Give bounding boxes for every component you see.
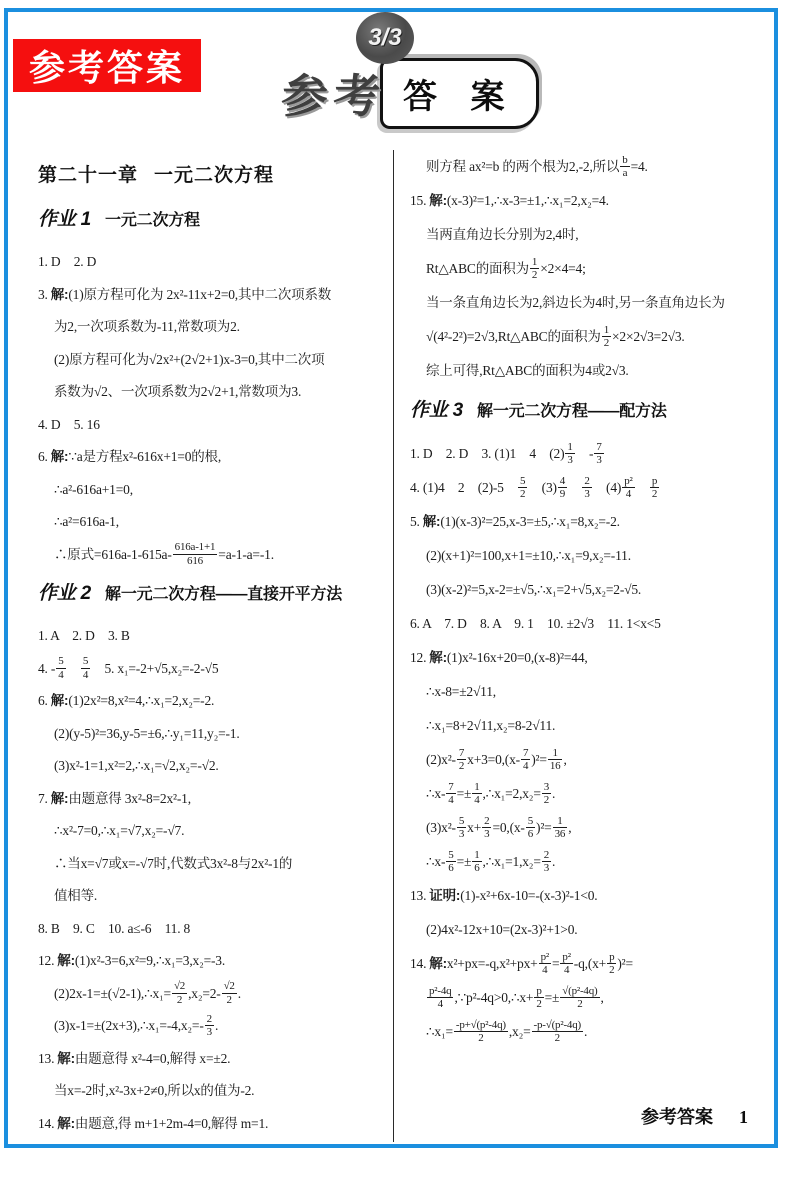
answer-line: 为2,一次项系数为-11,常数项为2. (38, 311, 390, 344)
section-heading: 作业 2解一元二次方程——直接开平方法 (38, 579, 390, 610)
answer-line: 则方程 ax²=b 的两个根为2,-2,所以ba=4. (410, 150, 768, 184)
answer-line: ∴a²-616a+1=0, (38, 474, 390, 507)
answer-line: 15.解:(x-3)²=1,∴x-3=±1,∴x₁=2,x₂=4. (410, 184, 768, 218)
answer-line: (3)x²-1=1,x²=2,∴x₁=√2,x₂=-√2. (38, 750, 390, 783)
fraction: 49 (558, 475, 567, 501)
answer-line: 13.证明:(1)-x²+6x-10=-(x-3)²-1<0. (410, 879, 768, 913)
answer-line: 当两直角边长分别为2,4时, (410, 218, 768, 252)
answer-line: 6.解:(1)2x²=8,x²=4,∴x₁=2,x₂=-2. (38, 685, 390, 718)
answer-line: Rt△ABC的面积为12×2×4=4; (410, 252, 768, 286)
fraction: 616a-1+1616 (173, 541, 218, 567)
fraction: √22 (172, 980, 187, 1006)
fraction: 23 (582, 475, 591, 501)
fraction: 12 (602, 324, 611, 350)
fraction: 56 (446, 849, 455, 875)
title-logo-box-text: 答 案 (380, 58, 539, 129)
answer-line: (2)(x+1)²=100,x+1=±10,∴x₁=9,x₂=-11. (410, 539, 768, 573)
answer-line: ∴原式=616a-1-615a-616a-1+1616=a-1-a=-1. (38, 539, 390, 572)
answer-line: (2)2x-1=±(√2-1),∴x₁=√22,x₂=2-√22. (38, 978, 390, 1011)
answer-line: 综上可得,Rt△ABC的面积为4或2√3. (410, 354, 768, 388)
answer-line: ∴x₁=-p+√(p²-4q)2,x₂=-p-√(p²-4q)2. (410, 1015, 768, 1049)
answer-line: 值相等. (38, 880, 390, 913)
answer-line: 8. B 9. C 10. a≤-6 11. 8 (38, 913, 390, 946)
title-logo: 参考 答 案 (282, 60, 539, 126)
answer-page: 参考答案 3/3 参考 答 案 第二十一章一元二次方程作业 1一元二次方程1. … (0, 0, 790, 1177)
answer-line: 1. A 2. D 3. B (38, 620, 390, 653)
right-column: 则方程 ax²=b 的两个根为2,-2,所以ba=4.15.解:(x-3)²=1… (410, 150, 768, 1049)
answer-line: 5.解:(1)(x-3)²=25,x-3=±5,∴x₁=8,x₂=-2. (410, 505, 768, 539)
answer-line: ∴x-8=±2√11, (410, 675, 768, 709)
answer-line: p²-4q4,∵p²-4q>0,∴x+p2=±√(p²-4q)2, (410, 981, 768, 1015)
section-heading: 作业 1一元二次方程 (38, 205, 390, 236)
fraction: 74 (446, 781, 455, 807)
answer-line: 12.解:(1)x²-16x+20=0,(x-8)²=44, (410, 641, 768, 675)
answer-line: (2)(y-5)²=36,y-5=±6,∴y₁=11,y₂=-1. (38, 718, 390, 751)
fraction: √22 (222, 980, 237, 1006)
page-footer: 参考答案1 (0, 1103, 748, 1129)
fraction: 23 (205, 1013, 214, 1039)
answer-line: 4. D 5. 16 (38, 409, 390, 442)
answer-line: ∴x₁=8+2√11,x₂=8-2√11. (410, 709, 768, 743)
answer-line: (3)(x-2)²=5,x-2=±√5,∴x₁=2+√5,x₂=2-√5. (410, 573, 768, 607)
fraction: p²-4q4 (427, 985, 453, 1011)
fraction: 32 (542, 781, 551, 807)
column-divider (393, 150, 394, 1142)
left-column: 第二十一章一元二次方程作业 1一元二次方程1. D 2. D3.解:(1)原方程… (38, 163, 390, 1140)
page-count-badge: 3/3 (356, 12, 414, 64)
fraction: 52 (518, 475, 527, 501)
fraction: 74 (521, 747, 530, 773)
fraction: 13 (565, 441, 574, 467)
fraction: -p+√(p²-4q)2 (454, 1019, 508, 1045)
fraction: p2 (607, 951, 616, 977)
section-heading: 作业 3解一元二次方程——配方法 (410, 396, 768, 427)
answer-line: (2)4x²-12x+10=(2x-3)²+1>0. (410, 913, 768, 947)
chapter-heading: 第二十一章一元二次方程 (38, 163, 390, 189)
answer-line: 12.解:(1)x²-3=6,x²=9,∴x₁=3,x₂=-3. (38, 945, 390, 978)
title-logo-left-text: 参考 (279, 60, 390, 126)
answer-line: ∴a²=616a-1, (38, 506, 390, 539)
answer-line: ∴x²-7=0,∴x₁=√7,x₂=-√7. (38, 815, 390, 848)
answer-line: 1. D 2. D (38, 246, 390, 279)
fraction: √(p²-4q)2 (560, 985, 599, 1011)
answer-line: ∴x-56=±16,∴x₁=1,x₂=23. (410, 845, 768, 879)
answer-line: (2)x²-72x+3=0,(x-74)²=116, (410, 743, 768, 777)
answer-line: 1. D 2. D 3. (1)1 4 (2)13 -73 (410, 437, 768, 471)
fraction: 73 (594, 441, 603, 467)
corner-answer-label: 参考答案 (13, 39, 201, 92)
fraction: 116 (548, 747, 563, 773)
fraction: p²4 (622, 475, 634, 501)
fraction: 54 (81, 655, 90, 681)
answer-line: (3)x-1=±(2x+3),∴x₁=-4,x₂=-23. (38, 1010, 390, 1043)
answer-line: 4. -54 54 5. x₁=-2+√5,x₂=-2-√5 (38, 653, 390, 686)
fraction: 72 (457, 747, 466, 773)
answer-line: 14.解:x²+px=-q,x²+px+p²4=p²4-q,(x+p2)²= (410, 947, 768, 981)
answer-line: 4. (1)4 2 (2)-5 52 (3)49 23 (4)p²4 p2 (410, 471, 768, 505)
fraction: 53 (457, 815, 466, 841)
fraction: 16 (472, 849, 481, 875)
answer-line: 3.解:(1)原方程可化为 2x²-11x+2=0,其中二次项系数 (38, 279, 390, 312)
answer-line: 13.解:由题意得 x²-4=0,解得 x=±2. (38, 1043, 390, 1076)
answer-line: 6.解:∵a是方程x²-616x+1=0的根, (38, 441, 390, 474)
fraction: 54 (56, 655, 65, 681)
answer-line: (3)x²-53x+23=0,(x-56)²=136, (410, 811, 768, 845)
answer-line: ∴当x=√7或x=-√7时,代数式3x²-8与2x²-1的 (38, 848, 390, 881)
fraction: 136 (553, 815, 568, 841)
answer-line: ∴x-74=±14,∴x₁=2,x₂=32. (410, 777, 768, 811)
fraction: -p-√(p²-4q)2 (532, 1019, 583, 1045)
fraction: p²4 (560, 951, 572, 977)
fraction: 56 (526, 815, 535, 841)
fraction: 23 (542, 849, 551, 875)
answer-line: 7.解:由题意得 3x²-8=2x²-1, (38, 783, 390, 816)
fraction: p2 (534, 985, 543, 1011)
answer-line: 6. A 7. D 8. A 9. 1 10. ±2√3 11. 1<x<5 (410, 607, 768, 641)
fraction: p²4 (539, 951, 551, 977)
fraction: p2 (650, 475, 659, 501)
fraction: ba (620, 154, 629, 180)
answer-line: (2)原方程可化为√2x²+(2√2+1)x-3=0,其中二次项 (38, 344, 390, 377)
fraction: 12 (530, 256, 539, 282)
fraction: 14 (472, 781, 481, 807)
answer-line: 当一条直角边长为2,斜边长为4时,另一条直角边长为 (410, 286, 768, 320)
answer-line: √(4²-2²)=2√3,Rt△ABC的面积为12×2×2√3=2√3. (410, 320, 768, 354)
footer-label: 参考答案 (641, 1107, 713, 1127)
fraction: 23 (482, 815, 491, 841)
footer-page-number: 1 (739, 1107, 748, 1127)
answer-line: 系数为√2、一次项系数为2√2+1,常数项为3. (38, 376, 390, 409)
